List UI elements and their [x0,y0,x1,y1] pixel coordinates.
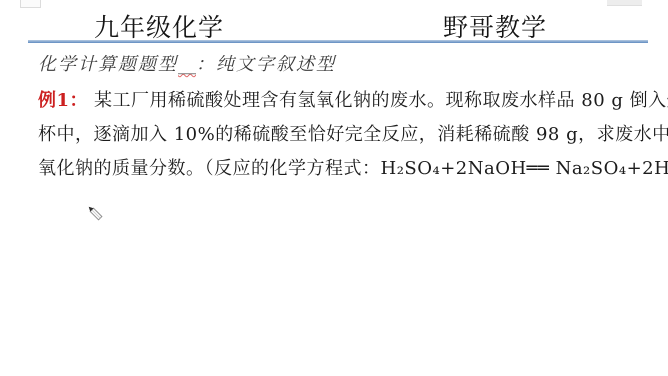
subtitle-blank-with-spellcheck-squiggle: __ [178,54,196,75]
subtitle-prefix: 化学计算题题型 [38,54,178,75]
ui-fragment-top-right [607,0,642,6]
problem-text-1: 某工厂用稀硫酸处理含有氢氧化钠的废水。现称取废水样品 80 g 倒入烧 [94,90,668,111]
problem-paragraph: 例1：某工厂用稀硫酸处理含有氢氧化钠的废水。现称取废水样品 80 g 倒入烧 杯… [38,84,644,186]
problem-line-2: 杯中，逐滴加入 10%的稀硫酸至恰好完全反应，消耗稀硫酸 98 g，求废水中氢 [38,118,644,152]
problem-line-3: 氧化钠的质量分数。（反应的化学方程式：H₂SO₄+2NaOH══ Na₂SO₄+… [38,152,644,186]
pencil-cursor-icon [85,203,105,223]
subtitle-suffix: ：纯文字叙述型 [196,54,336,75]
header-left-title: 九年级化学 [94,8,224,44]
problem-line-1: 例1：某工厂用稀硫酸处理含有氢氧化钠的废水。现称取废水样品 80 g 倒入烧 [38,84,644,118]
example-label: 例1： [38,90,88,111]
ui-fragment-top-left [20,0,41,8]
header-rule [28,40,648,43]
subtitle-line: 化学计算题题型__：纯文字叙述型 [38,50,336,76]
header-right-title: 野哥教学 [443,8,547,44]
